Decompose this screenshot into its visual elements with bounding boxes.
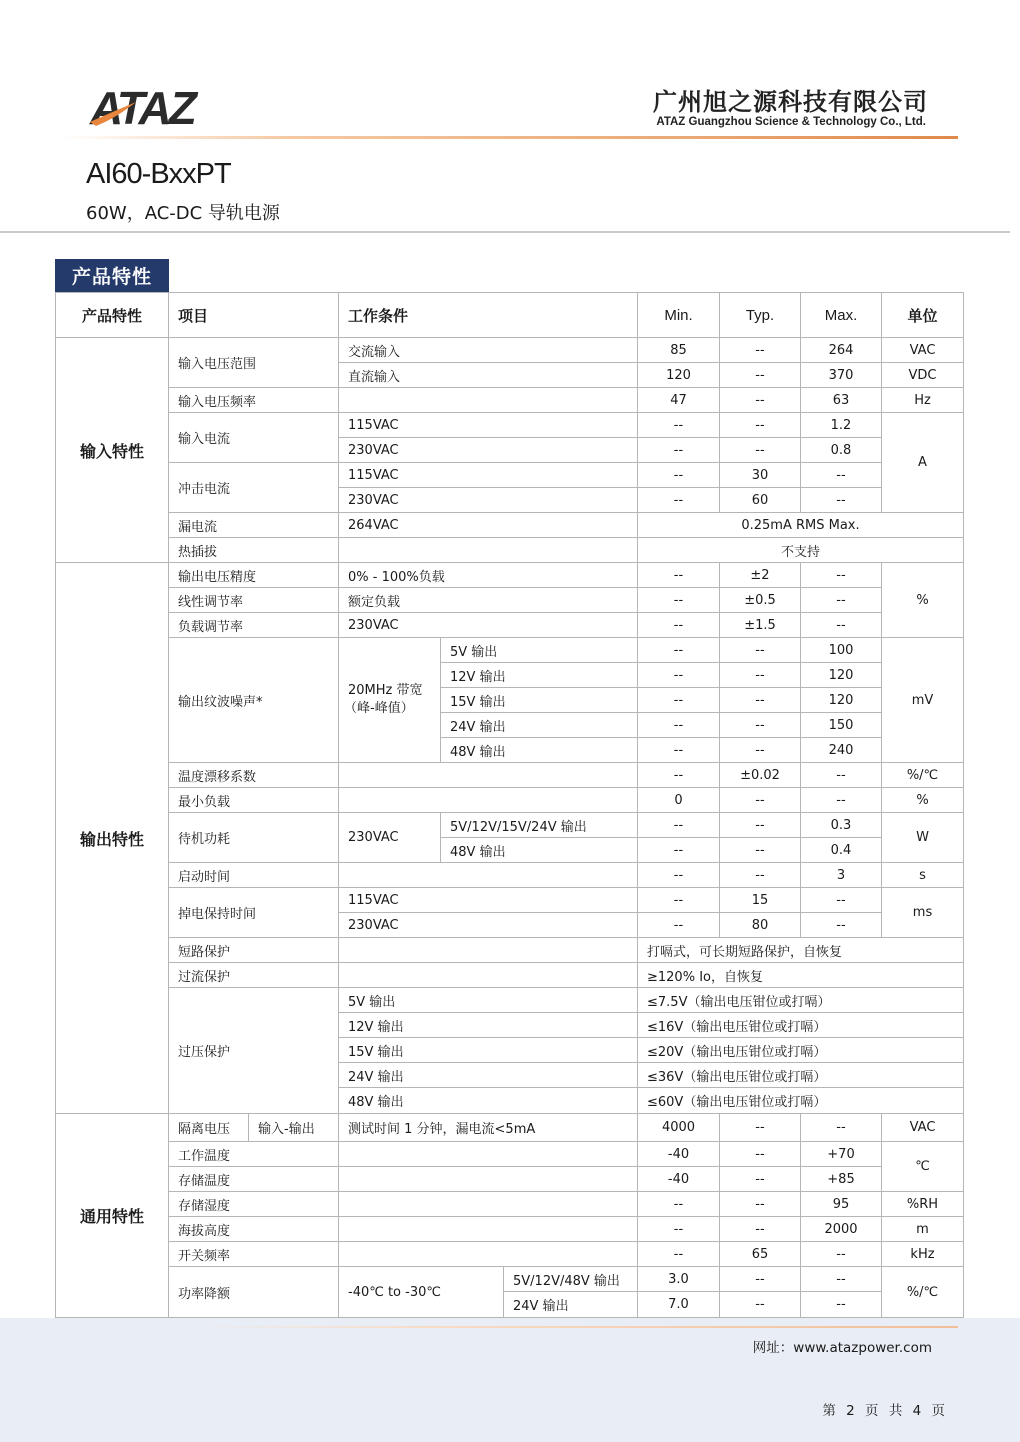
cond-empty (338, 1241, 638, 1267)
max: 63 (800, 387, 882, 413)
item-input-frequency: 输入电压频率 (168, 387, 339, 413)
header-condition: 工作条件 (338, 292, 638, 338)
unit: VAC (881, 1113, 964, 1142)
item-input-voltage-range: 输入电压范围 (168, 337, 339, 388)
typ: -- (719, 1216, 801, 1242)
max: 120 (800, 662, 882, 688)
unit: ℃ (881, 1141, 964, 1192)
min: -- (637, 912, 720, 938)
value: ≤16V（输出电压钳位或打嗝） (637, 1012, 964, 1038)
header-category: 产品特性 (55, 292, 169, 338)
unit: VDC (881, 362, 964, 388)
min: -- (637, 462, 720, 488)
typ: -- (719, 1291, 801, 1318)
typ: -- (719, 1191, 801, 1217)
cond: 230VAC (338, 912, 638, 938)
cond: 交流输入 (338, 337, 638, 363)
max: 370 (800, 362, 882, 388)
max: -- (800, 1241, 882, 1267)
value: 0.25mA RMS Max. (637, 512, 964, 538)
typ: -- (719, 787, 801, 813)
typ: -- (719, 1166, 801, 1192)
product-model: AI60-BxxPT (86, 158, 231, 191)
min: -- (637, 1216, 720, 1242)
unit: W (881, 812, 964, 863)
unit: m (881, 1216, 964, 1242)
max: -- (800, 887, 882, 913)
max: -- (800, 1113, 882, 1142)
sub: 15V 输出 (440, 687, 638, 713)
sub: 输入-输出 (248, 1113, 339, 1142)
cond: 230VAC (338, 437, 638, 463)
cond: 230VAC (338, 812, 441, 863)
header-typ: Typ. (719, 292, 801, 338)
max: 0.3 (800, 812, 882, 838)
typ: -- (719, 1266, 801, 1292)
item-holdup-time: 掉电保持时间 (168, 887, 339, 938)
typ: ±0.02 (719, 762, 801, 788)
item-voltage-accuracy: 输出电压精度 (168, 562, 339, 588)
min: 85 (637, 337, 720, 363)
item-startup-time: 启动时间 (168, 862, 339, 888)
typ: -- (719, 337, 801, 363)
item-ripple-noise: 输出纹波噪声* (168, 637, 339, 763)
min: -- (637, 612, 720, 638)
header-min: Min. (637, 292, 720, 338)
cond: 测试时间 1 分钟，漏电流<5mA (338, 1113, 638, 1142)
sub: 24V 输出 (440, 712, 638, 738)
cond: 5V 输出 (338, 987, 638, 1013)
cond-empty (338, 862, 638, 888)
max: +85 (800, 1166, 882, 1192)
cond-empty (338, 1191, 638, 1217)
header-item: 项目 (168, 292, 339, 338)
min: -- (637, 887, 720, 913)
cond: 115VAC (338, 412, 638, 438)
typ: -- (719, 737, 801, 763)
item-leakage: 漏电流 (168, 512, 339, 538)
sub: 24V 输出 (503, 1291, 638, 1318)
max: -- (800, 912, 882, 938)
min: 3.0 (637, 1266, 720, 1292)
item-isolation: 隔离电压 (168, 1113, 249, 1142)
cond-ripple: 20MHz 带宽 （峰-峰值） (338, 637, 441, 763)
min: 7.0 (637, 1291, 720, 1318)
max: 95 (800, 1191, 882, 1217)
max: -- (800, 462, 882, 488)
cond-empty (338, 1141, 638, 1167)
item-standby-power: 待机功耗 (168, 812, 339, 863)
cond: 264VAC (338, 512, 638, 538)
group-input: 输入特性 (55, 337, 169, 563)
min: -- (637, 1191, 720, 1217)
min: -40 (637, 1166, 720, 1192)
item-overvoltage: 过压保护 (168, 987, 339, 1114)
item-switching-frequency: 开关频率 (168, 1241, 339, 1267)
item-storage-temp: 存储温度 (168, 1166, 339, 1192)
header-unit: 单位 (881, 292, 964, 338)
unit: %/℃ (881, 762, 964, 788)
product-subtitle: 60W，AC-DC 导轨电源 (86, 199, 280, 225)
typ: -- (719, 637, 801, 663)
max: -- (800, 1266, 882, 1292)
max: -- (800, 787, 882, 813)
section-title: 产品特性 (55, 259, 169, 292)
max: -- (800, 562, 882, 588)
typ: 60 (719, 487, 801, 513)
cond-empty (338, 962, 638, 988)
value: ≤20V（输出电压钳位或打嗝） (637, 1037, 964, 1063)
max: -- (800, 1291, 882, 1318)
unit: VAC (881, 337, 964, 363)
min: -- (637, 687, 720, 713)
max: 120 (800, 687, 882, 713)
typ: 15 (719, 887, 801, 913)
item-short-circuit: 短路保护 (168, 937, 339, 963)
group-output: 输出特性 (55, 562, 169, 1115)
min: -- (637, 412, 720, 438)
min: -- (637, 637, 720, 663)
value: ≤36V（输出电压钳位或打嗝） (637, 1062, 964, 1088)
item-altitude: 海拔高度 (168, 1216, 339, 1242)
cond: -40℃ to -30℃ (338, 1266, 504, 1318)
max: 0.4 (800, 837, 882, 863)
unit: % (881, 787, 964, 813)
unit: %/℃ (881, 1266, 964, 1318)
item-temp-coefficient: 温度漂移系数 (168, 762, 339, 788)
unit: % (881, 562, 964, 638)
min: 0 (637, 787, 720, 813)
max: 264 (800, 337, 882, 363)
cond: 12V 输出 (338, 1012, 638, 1038)
website-link[interactable]: 网址：www.atazpower.com (753, 1336, 932, 1356)
cond: 48V 输出 (338, 1087, 638, 1114)
cond: 115VAC (338, 887, 638, 913)
cond: 直流输入 (338, 362, 638, 388)
item-storage-humidity: 存储湿度 (168, 1191, 339, 1217)
sub: 5V 输出 (440, 637, 638, 663)
cond-empty (338, 787, 638, 813)
sub: 48V 输出 (440, 837, 638, 863)
value: 不支持 (637, 537, 964, 563)
cond: 230VAC (338, 612, 638, 638)
typ: -- (719, 387, 801, 413)
min: -40 (637, 1141, 720, 1167)
unit: mV (881, 637, 964, 763)
max: -- (800, 612, 882, 638)
sub: 48V 输出 (440, 737, 638, 763)
max: 3 (800, 862, 882, 888)
min: -- (637, 437, 720, 463)
cond: 230VAC (338, 487, 638, 513)
max: 150 (800, 712, 882, 738)
min: -- (637, 587, 720, 613)
item-input-current: 输入电流 (168, 412, 339, 463)
typ: ±1.5 (719, 612, 801, 638)
unit: kHz (881, 1241, 964, 1267)
sub: 5V/12V/15V/24V 输出 (440, 812, 638, 838)
typ: -- (719, 862, 801, 888)
max: -- (800, 762, 882, 788)
min: -- (637, 712, 720, 738)
typ: 65 (719, 1241, 801, 1267)
cond-peak: （峰-峰值） (344, 700, 414, 718)
min: -- (637, 487, 720, 513)
max: 0.8 (800, 437, 882, 463)
cond: 额定负载 (338, 587, 638, 613)
typ: -- (719, 437, 801, 463)
value: 打嗝式，可长期短路保护，自恢复 (637, 937, 964, 963)
company-name-cn: 广州旭之源科技有限公司 (653, 82, 928, 117)
cond: 15V 输出 (338, 1037, 638, 1063)
value: ≤60V（输出电压钳位或打嗝） (637, 1087, 964, 1114)
title-divider (0, 231, 1010, 233)
cond-bandwidth: 20MHz 带宽 (348, 682, 423, 700)
cond-empty (338, 937, 638, 963)
unit: ms (881, 887, 964, 938)
min: -- (637, 812, 720, 838)
cond: 115VAC (338, 462, 638, 488)
group-general: 通用特性 (55, 1113, 169, 1318)
typ: -- (719, 837, 801, 863)
typ: -- (719, 362, 801, 388)
company-name-en: ATAZ Guangzhou Science & Technology Co.,… (656, 116, 926, 128)
sub: 5V/12V/48V 输出 (503, 1266, 638, 1292)
max: +70 (800, 1141, 882, 1167)
max: -- (800, 587, 882, 613)
footer-divider (200, 1326, 958, 1328)
unit: %RH (881, 1191, 964, 1217)
item-line-regulation: 线性调节率 (168, 587, 339, 613)
typ: 30 (719, 462, 801, 488)
min: -- (637, 562, 720, 588)
cond-empty (338, 1166, 638, 1192)
cond: 0% - 100%负载 (338, 562, 638, 588)
cond-empty (338, 537, 638, 563)
min: -- (637, 662, 720, 688)
item-inrush-current: 冲击电流 (168, 462, 339, 513)
max: 240 (800, 737, 882, 763)
min: -- (637, 862, 720, 888)
max: -- (800, 487, 882, 513)
typ: ±0.5 (719, 587, 801, 613)
typ: -- (719, 1113, 801, 1142)
item-power-derating: 功率降额 (168, 1266, 339, 1318)
min: -- (637, 1241, 720, 1267)
item-load-regulation: 负载调节率 (168, 612, 339, 638)
cond-empty (338, 387, 638, 413)
typ: -- (719, 712, 801, 738)
cond-empty (338, 1216, 638, 1242)
max: 100 (800, 637, 882, 663)
unit: A (881, 412, 964, 513)
unit: Hz (881, 387, 964, 413)
header-max: Max. (800, 292, 882, 338)
max: 1.2 (800, 412, 882, 438)
svg-text:ATAZ: ATAZ (89, 84, 199, 130)
value: ≥120% Io，自恢复 (637, 962, 964, 988)
min: 47 (637, 387, 720, 413)
item-operating-temp: 工作温度 (168, 1141, 339, 1167)
item-hotplug: 热插拔 (168, 537, 339, 563)
item-overcurrent: 过流保护 (168, 962, 339, 988)
cond-empty (338, 762, 638, 788)
item-min-load: 最小负载 (168, 787, 339, 813)
sub: 12V 输出 (440, 662, 638, 688)
min: 4000 (637, 1113, 720, 1142)
min: 120 (637, 362, 720, 388)
typ: -- (719, 687, 801, 713)
min: -- (637, 737, 720, 763)
page-number: 第 2 页 共 4 页 (822, 1399, 948, 1419)
unit: s (881, 862, 964, 888)
typ: -- (719, 662, 801, 688)
typ: 80 (719, 912, 801, 938)
typ: -- (719, 812, 801, 838)
typ: ±2 (719, 562, 801, 588)
max: 2000 (800, 1216, 882, 1242)
header-divider (62, 136, 958, 139)
value: ≤7.5V（输出电压钳位或打嗝） (637, 987, 964, 1013)
ataz-logo: ATAZ (88, 84, 223, 130)
min: -- (637, 762, 720, 788)
min: -- (637, 837, 720, 863)
typ: -- (719, 1141, 801, 1167)
typ: -- (719, 412, 801, 438)
cond: 24V 输出 (338, 1062, 638, 1088)
